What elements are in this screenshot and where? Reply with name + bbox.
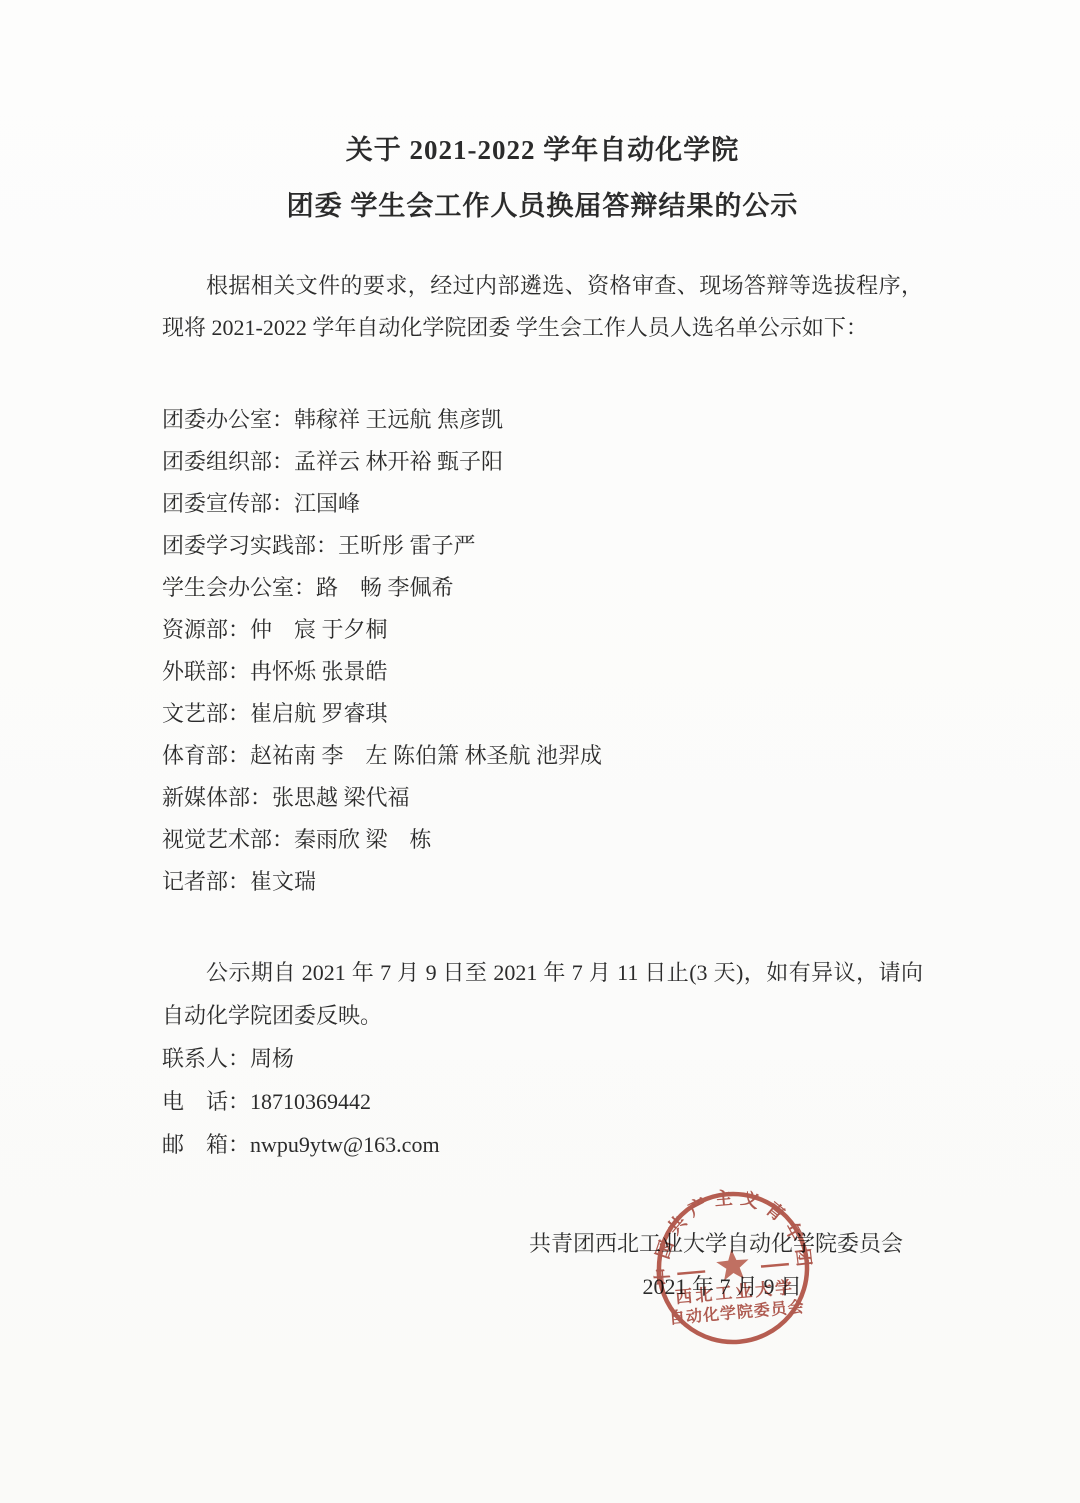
colon: ： <box>272 407 294 432</box>
dept-label: 外联部 <box>162 659 228 684</box>
dept-label: 文艺部 <box>162 701 228 726</box>
colon: ： <box>228 617 250 642</box>
dept-label: 团委组织部 <box>162 449 272 474</box>
member-names: 崔文瑞 <box>250 869 316 894</box>
contact-email-line: 邮 箱：nwpu9ytw@163.com <box>162 1123 923 1166</box>
contact-label: 邮 箱 <box>162 1132 228 1157</box>
colon: ： <box>228 659 250 684</box>
contact-value: 周杨 <box>250 1046 294 1071</box>
dept-label: 视觉艺术部 <box>162 827 272 852</box>
colon: ： <box>316 533 338 558</box>
roster-list: 团委办公室：韩稼祥 王远航 焦彦凯 团委组织部：孟祥云 林开裕 甄子阳 团委宣传… <box>162 399 923 903</box>
signature-block: 共青团西北工业大学自动化学院委员会 2021 年 7 月 9 日 <box>162 1222 923 1308</box>
issue-date: 2021 年 7 月 9 日 <box>162 1265 923 1308</box>
colon: ： <box>272 449 294 474</box>
colon: ： <box>250 785 272 810</box>
dept-label: 体育部 <box>162 743 228 768</box>
member-names: 张思越 梁代福 <box>272 785 410 810</box>
roster-line: 团委组织部：孟祥云 林开裕 甄子阳 <box>162 441 923 483</box>
roster-line: 文艺部：崔启航 罗睿琪 <box>162 693 923 735</box>
member-names: 冉怀烁 张景皓 <box>250 659 388 684</box>
intro-paragraph: 根据相关文件的要求，经过内部遴选、资格审查、现场答辩等选拔程序，现将 2021-… <box>162 265 923 349</box>
roster-line: 记者部：崔文瑞 <box>162 861 923 903</box>
roster-line: 资源部：仲 宸 于夕桐 <box>162 609 923 651</box>
roster-line: 体育部：赵祐南 李 左 陈伯箫 林圣航 池羿成 <box>162 735 923 777</box>
contact-value: 18710369442 <box>250 1089 371 1114</box>
roster-line: 新媒体部：张思越 梁代福 <box>162 777 923 819</box>
colon: ： <box>228 701 250 726</box>
colon: ： <box>228 1046 250 1071</box>
contact-phone-line: 电 话：18710369442 <box>162 1080 923 1123</box>
member-names: 赵祐南 李 左 陈伯箫 林圣航 池羿成 <box>250 743 602 768</box>
colon: ： <box>272 491 294 516</box>
colon: ： <box>228 743 250 768</box>
roster-line: 团委宣传部：江国峰 <box>162 483 923 525</box>
member-names: 秦雨欣 梁 栋 <box>294 827 432 852</box>
title-line-1: 关于 2021-2022 学年自动化学院 <box>162 122 923 178</box>
roster-line: 团委办公室：韩稼祥 王远航 焦彦凯 <box>162 399 923 441</box>
contact-label: 联系人 <box>162 1046 228 1071</box>
roster-line: 外联部：冉怀烁 张景皓 <box>162 651 923 693</box>
colon: ： <box>294 575 316 600</box>
roster-line: 团委学习实践部：王昕彤 雷子严 <box>162 525 923 567</box>
dept-label: 资源部 <box>162 617 228 642</box>
roster-line: 视觉艺术部：秦雨欣 梁 栋 <box>162 819 923 861</box>
member-names: 韩稼祥 王远航 焦彦凯 <box>294 407 503 432</box>
dept-label: 团委办公室 <box>162 407 272 432</box>
colon: ： <box>228 869 250 894</box>
member-names: 江国峰 <box>294 491 360 516</box>
contact-person-line: 联系人：周杨 <box>162 1037 923 1080</box>
document-title: 关于 2021-2022 学年自动化学院 团委 学生会工作人员换届答辩结果的公示 <box>162 122 923 234</box>
contact-label: 电 话 <box>162 1089 228 1114</box>
member-names: 仲 宸 于夕桐 <box>250 617 388 642</box>
dept-label: 团委宣传部 <box>162 491 272 516</box>
contact-value: nwpu9ytw@163.com <box>250 1132 440 1157</box>
colon: ： <box>228 1132 250 1157</box>
roster-line: 学生会办公室：路 畅 李佩希 <box>162 567 923 609</box>
colon: ： <box>228 1089 250 1114</box>
dept-label: 团委学习实践部 <box>162 533 316 558</box>
notice-paragraph: 公示期自 2021 年 7 月 9 日至 2021 年 7 月 11 日止(3 … <box>162 951 923 1037</box>
dept-label: 记者部 <box>162 869 228 894</box>
issuer-signature: 共青团西北工业大学自动化学院委员会 <box>162 1222 923 1265</box>
member-names: 孟祥云 林开裕 甄子阳 <box>294 449 503 474</box>
member-names: 路 畅 李佩希 <box>316 575 454 600</box>
member-names: 王昕彤 雷子严 <box>338 533 476 558</box>
dept-label: 学生会办公室 <box>162 575 294 600</box>
closing-block: 公示期自 2021 年 7 月 9 日至 2021 年 7 月 11 日止(3 … <box>162 951 923 1166</box>
title-line-2: 团委 学生会工作人员换届答辩结果的公示 <box>162 178 923 234</box>
colon: ： <box>272 827 294 852</box>
document-page: 关于 2021-2022 学年自动化学院 团委 学生会工作人员换届答辩结果的公示… <box>0 0 1080 1503</box>
dept-label: 新媒体部 <box>162 785 250 810</box>
member-names: 崔启航 罗睿琪 <box>250 701 388 726</box>
